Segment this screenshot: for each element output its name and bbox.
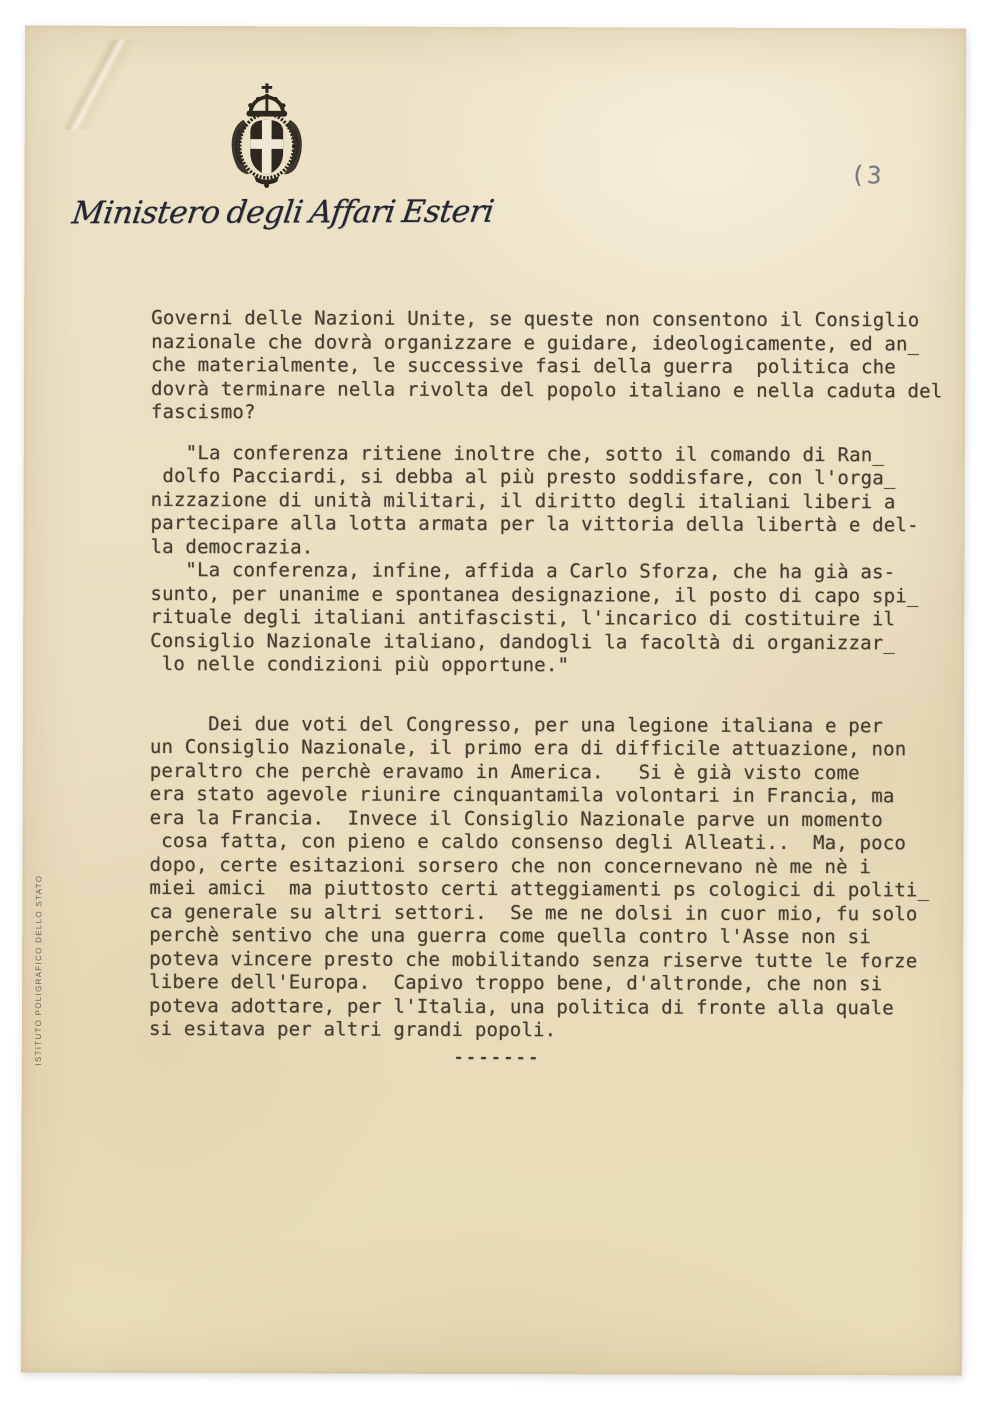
typed-paragraph: "La conferenza ritiene inoltre che, sott… [150, 441, 955, 561]
typed-line: dopo, certe esitazioni sorsero che non c… [149, 853, 954, 879]
page-number: (3 [850, 161, 884, 190]
typed-line: si esitava per altri grandi popoli. [149, 1018, 954, 1044]
typed-separator: ------- [453, 1041, 540, 1072]
paper-crease [21, 40, 171, 130]
typed-line: nazionale che dovrà organizzare e guidar… [151, 330, 956, 356]
typed-line: perchè sentivo che una guerra come quell… [149, 924, 954, 950]
typed-line: "La conferenza ritiene inoltre che, sott… [151, 441, 956, 467]
letterhead-title: Ministero degli Affari Esteri [70, 194, 535, 232]
typed-line: la democrazia. [150, 535, 955, 561]
typed-line: Dei due voti del Congresso, per una legi… [150, 712, 955, 738]
typed-paragraph: Governi delle Nazioni Unite, se queste n… [151, 307, 956, 427]
typed-line: fascismo? [151, 401, 956, 427]
typed-line: rituale degli italiani antifascisti, l'i… [150, 606, 955, 632]
typed-line: libere dell'Europa. Capivo troppo bene, … [149, 971, 954, 997]
typed-line: poteva vincere presto che mobilitando se… [149, 947, 954, 973]
typed-line: dovrà terminare nella rivolta del popolo… [151, 377, 956, 403]
savoy-coat-of-arms-icon [223, 83, 311, 191]
typed-line: un Consiglio Nazionale, il primo era di … [150, 736, 955, 762]
typed-line: miei amici ma piuttosto certi atteggiame… [149, 877, 954, 903]
typed-line: che materialmente, le successive fasi de… [151, 354, 956, 380]
typed-line: era stato agevole riunire cinquantamila … [150, 783, 955, 809]
typed-line: nizzazione di unità militari, il diritto… [151, 488, 956, 514]
typed-line: sunto, per unanime e spontanea designazi… [150, 582, 955, 608]
typed-line: peraltro che perchè eravamo in America. … [150, 759, 955, 785]
typed-line: Consiglio Nazionale italiano, dandogli l… [150, 629, 955, 655]
photo-background: Ministero degli Affari Esteri (3 Governi… [0, 0, 1000, 1413]
document-page: Ministero degli Affari Esteri (3 Governi… [21, 26, 966, 1376]
typed-line: poteva adottare, per l'Italia, una polit… [149, 994, 954, 1020]
typed-line: ca generale su altri settori. Se me ne d… [149, 900, 954, 926]
typed-paragraph: Dei due voti del Congresso, per una legi… [149, 712, 955, 1044]
typed-text-body: Governi delle Nazioni Unite, se queste n… [149, 307, 956, 1044]
typed-paragraph: "La conferenza, infine, affida a Carlo S… [150, 559, 955, 679]
typed-line: Governi delle Nazioni Unite, se queste n… [151, 307, 956, 333]
printer-imprint: ISTITUTO POLIGRAFICO DELLO STATO [34, 898, 51, 1066]
typed-line: dolfo Pacciardi, si debba al più presto … [151, 465, 956, 491]
typed-line: cosa fatta, con pieno e caldo consenso d… [150, 830, 955, 856]
typed-line: era la Francia. Invece il Consiglio Nazi… [150, 806, 955, 832]
typed-line: "La conferenza, infine, affida a Carlo S… [150, 559, 955, 585]
typed-line: lo nelle condizioni più opportune." [150, 653, 955, 679]
typed-line: partecipare alla lotta armata per la vit… [151, 512, 956, 538]
